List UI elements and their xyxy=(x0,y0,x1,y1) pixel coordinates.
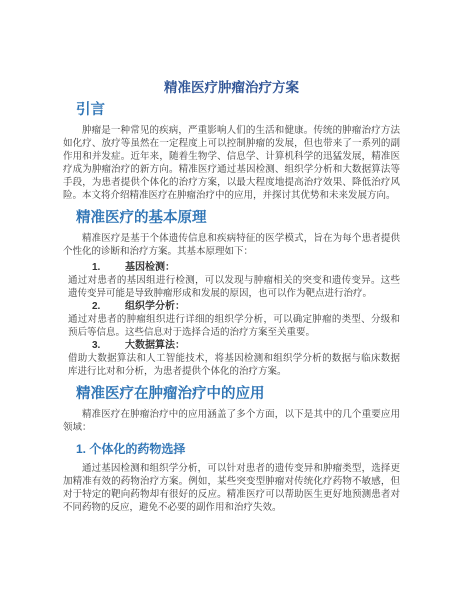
principles-list: 1.基因检测： 通过对患者的基因组进行检测，可以发现与肿瘤相关的突变和遗传变异。… xyxy=(63,261,400,378)
heading-basic-principles: 精准医疗的基本原理 xyxy=(76,209,400,227)
paragraph-introduction: 肿瘤是一种常见的疾病，严重影响人们的生活和健康。传统的肿瘤治疗方法如化疗、放疗等… xyxy=(63,124,400,202)
list-item-description: 借助大数据算法和人工智能技术，将基因检测和组织学分析的数据与临床数据库进行比对和… xyxy=(68,352,400,378)
list-item-term-row: 1.基因检测： xyxy=(63,261,400,274)
list-item-term-row: 3.大数据算法： xyxy=(63,339,400,352)
list-item-term: 组织学分析： xyxy=(125,301,185,312)
list-item-description: 通过对患者的肿瘤组织进行详细的组织学分析，可以确定肿瘤的类型、分级和预后等信息。… xyxy=(68,313,400,339)
list-item-description: 通过对患者的基因组进行检测，可以发现与肿瘤相关的突变和遗传变异。这些遗传变异可能… xyxy=(68,274,400,300)
heading-introduction: 引言 xyxy=(76,101,400,119)
subheading-personalized-drug-selection: 1. 个体化的药物选择 xyxy=(76,442,400,457)
list-item-number: 2. xyxy=(92,300,125,313)
paragraph-personalized-drug-selection: 通过基因检测和组织学分析，可以针对患者的遗传变异和肿瘤类型，选择更加精准有效的药… xyxy=(63,462,400,514)
document-title: 精准医疗肿瘤治疗方案 xyxy=(63,79,400,96)
list-item: 1.基因检测： 通过对患者的基因组进行检测，可以发现与肿瘤相关的突变和遗传变异。… xyxy=(63,261,400,300)
list-item-term: 大数据算法： xyxy=(125,340,185,351)
list-item-term: 基因检测： xyxy=(125,262,175,273)
list-item: 3.大数据算法： 借助大数据算法和人工智能技术，将基因检测和组织学分析的数据与临… xyxy=(63,339,400,378)
list-item: 2.组织学分析： 通过对患者的肿瘤组织进行详细的组织学分析，可以确定肿瘤的类型、… xyxy=(63,300,400,339)
list-item-number: 1. xyxy=(92,261,125,274)
list-item-number: 3. xyxy=(92,339,125,352)
heading-applications: 精准医疗在肿瘤治疗中的应用 xyxy=(76,385,400,403)
paragraph-basic-principles: 精准医疗是基于个体遗传信息和疾病特征的医学模式，旨在为每个患者提供个性化的诊断和… xyxy=(63,232,400,258)
document-page: 精准医疗肿瘤治疗方案 引言 肿瘤是一种常见的疾病，严重影响人们的生活和健康。传统… xyxy=(0,0,463,600)
list-item-term-row: 2.组织学分析： xyxy=(63,300,400,313)
paragraph-applications: 精准医疗在肿瘤治疗中的应用涵盖了多个方面，以下是其中的几个重要应用领域： xyxy=(63,408,400,434)
